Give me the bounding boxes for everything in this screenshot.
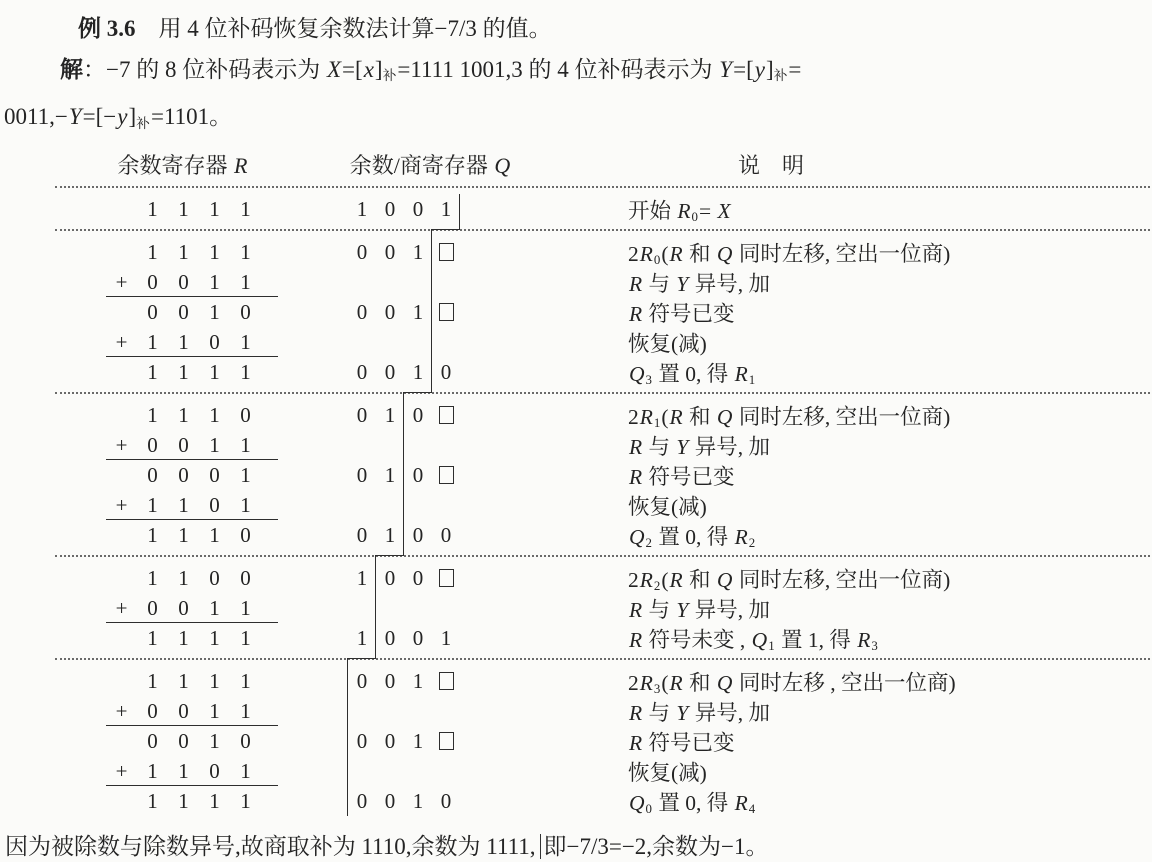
q-bit: 1 <box>432 623 460 653</box>
r-bit: 0 <box>199 757 230 785</box>
r-bit: 1 <box>199 298 230 326</box>
q-register-cell <box>308 490 553 521</box>
row-description: 2R3(R 和 Q 同时左移 , 空出一位商) <box>553 666 1152 697</box>
header-description: 说 明 <box>553 149 1152 180</box>
row-description: 2R0(R 和 Q 同时左移, 空出一位商) <box>553 237 1152 268</box>
q-register-value: 1001 <box>348 194 460 224</box>
q-register-value <box>348 490 460 520</box>
q-register-value <box>348 327 460 357</box>
r-bit <box>106 401 137 429</box>
intro-paragraph: 例 3.6 用 4 位补码恢复余数法计算−7/3 的值。 解：−7 的 8 位补… <box>0 0 1152 144</box>
quotient-slot-box <box>439 569 454 587</box>
q-bit: 0 <box>432 520 460 550</box>
staircase-line <box>375 623 376 653</box>
r-bit: 0 <box>137 594 168 622</box>
r-bit: 1 <box>230 195 261 223</box>
staircase-line <box>403 490 404 520</box>
staircase-line <box>431 327 432 357</box>
table-row: +0011R 与 Y 异号, 加 <box>58 593 1152 623</box>
r-bit: 0 <box>199 564 230 592</box>
staircase-line <box>403 460 404 490</box>
r-bit: 1 <box>199 401 230 429</box>
r-register-cell: +1101 <box>58 327 308 358</box>
table-row: 11100100Q2 置 0, 得 R2 <box>58 520 1152 550</box>
q-register-cell <box>308 593 553 624</box>
r-bit: 1 <box>168 238 199 266</box>
r-bit: 0 <box>230 727 261 755</box>
header-remainder-quotient-register-q: 余数/商寄存器 Q <box>308 149 553 180</box>
r-register-value: 1100 <box>106 564 278 592</box>
addend-with-sum-line: +0011 <box>106 268 278 297</box>
table-row: 0010001R 符号已变 <box>58 726 1152 756</box>
r-register-value: 0001 <box>106 461 278 489</box>
r-bit: 0 <box>230 298 261 326</box>
r-bit: 1 <box>199 787 230 815</box>
row-description: R 符号已变 <box>553 726 1152 757</box>
q-register-cell: 001 <box>308 297 553 328</box>
table-body: 11111001开始 R0= X11110012R0(R 和 Q 同时左移, 空… <box>58 181 1152 816</box>
q-bit: 0 <box>376 623 404 653</box>
q-bit: 0 <box>376 237 404 267</box>
r-bit: 1 <box>137 521 168 549</box>
r-bit <box>106 195 137 223</box>
table-row: 11110010Q3 置 0, 得 R1 <box>58 357 1152 387</box>
r-bit: 1 <box>230 328 261 356</box>
r-bit: + <box>106 491 137 519</box>
q-register-cell <box>308 267 553 298</box>
r-bit: 1 <box>137 667 168 695</box>
r-bit: 1 <box>168 358 199 386</box>
r-register-cell: 1110 <box>58 400 308 431</box>
r-bit: 1 <box>230 358 261 386</box>
r-bit: 0 <box>168 431 199 459</box>
r-bit: 1 <box>199 521 230 549</box>
divider-tick <box>540 834 541 859</box>
r-bit <box>106 727 137 755</box>
dotted-line <box>55 658 1150 660</box>
r-register-cell: +0011 <box>58 430 308 461</box>
r-bit: 0 <box>230 401 261 429</box>
r-bit: 0 <box>137 431 168 459</box>
r-register-value: 1111 <box>106 667 278 695</box>
r-bit: 1 <box>137 328 168 356</box>
r-bit: 1 <box>230 624 261 652</box>
staircase-line <box>347 666 348 696</box>
quotient-slot-box <box>439 732 454 750</box>
r-bit: 0 <box>168 697 199 725</box>
r-bit: 1 <box>230 787 261 815</box>
r-bit: 1 <box>137 238 168 266</box>
staircase-line <box>347 786 348 816</box>
q-register-value: 0100 <box>348 520 460 550</box>
r-bit: 1 <box>230 697 261 725</box>
addend-with-sum-line: +1101 <box>106 328 278 357</box>
r-register-cell: 1111 <box>58 786 308 817</box>
r-bit: 1 <box>199 238 230 266</box>
q-register-cell <box>308 430 553 461</box>
row-description: Q2 置 0, 得 R2 <box>553 520 1152 551</box>
table-row: 11110012R3(R 和 Q 同时左移 , 空出一位商) <box>58 666 1152 696</box>
q-register-value: 1001 <box>348 623 460 653</box>
staircase-line <box>431 357 432 387</box>
q-bit <box>432 297 460 327</box>
q-register-cell: 0010 <box>308 357 553 388</box>
q-bit: 0 <box>404 563 432 593</box>
jog-upper-stub <box>375 653 376 659</box>
r-bit: + <box>106 757 137 785</box>
r-register-cell: +0011 <box>58 593 308 624</box>
q-bit: 1 <box>432 194 460 224</box>
dotted-line <box>55 186 1150 188</box>
r-bit: 1 <box>137 564 168 592</box>
q-bit: 1 <box>348 623 376 653</box>
q-register-value <box>348 593 460 623</box>
q-bit: 1 <box>404 297 432 327</box>
r-bit: + <box>106 328 137 356</box>
r-register-value: 1111 <box>106 358 278 386</box>
addend-with-sum-line: +0011 <box>106 431 278 460</box>
r-bit: 1 <box>199 624 230 652</box>
r-register-cell: 0010 <box>58 297 308 328</box>
r-bit: 1 <box>199 727 230 755</box>
staircase-line <box>403 520 404 550</box>
q-bit: 1 <box>376 520 404 550</box>
r-bit: 1 <box>168 564 199 592</box>
q-bit: 0 <box>348 786 376 816</box>
q-register-value: 100 <box>348 563 460 593</box>
footer-conclusion: 因为被除数与除数异号,故商取补为 1110,余数为 1111,即−7/3=−2,… <box>0 828 1152 861</box>
q-register-cell: 001 <box>308 726 553 757</box>
q-register-cell <box>308 696 553 727</box>
q-bit: 0 <box>348 297 376 327</box>
q-bit: 1 <box>404 237 432 267</box>
r-bit: 1 <box>137 195 168 223</box>
r-bit <box>106 238 137 266</box>
row-description: R 符号已变 <box>553 460 1152 491</box>
r-bit: 0 <box>230 521 261 549</box>
q-bit: 0 <box>404 623 432 653</box>
q-register-cell <box>308 756 553 787</box>
staircase-line <box>431 297 432 327</box>
q-register-cell: 010 <box>308 460 553 491</box>
dotted-separator <box>58 387 1152 400</box>
r-bit: 1 <box>168 624 199 652</box>
r-register-cell: 1111 <box>58 666 308 697</box>
q-bit: 0 <box>432 357 460 387</box>
addend-with-sum-line: +0011 <box>106 594 278 623</box>
staircase-line <box>375 593 376 623</box>
r-bit: 1 <box>230 491 261 519</box>
r-bit: 0 <box>230 564 261 592</box>
q-bit: 1 <box>348 563 376 593</box>
jog-upper-stub <box>431 387 432 393</box>
r-bit: 0 <box>137 298 168 326</box>
table-row: 0010001R 符号已变 <box>58 297 1152 327</box>
r-bit: + <box>106 594 137 622</box>
table-row: +0011R 与 Y 异号, 加 <box>58 267 1152 297</box>
q-bit: 1 <box>376 400 404 430</box>
q-bit: 1 <box>348 194 376 224</box>
table-row: 11001002R2(R 和 Q 同时左移, 空出一位商) <box>58 563 1152 593</box>
r-register-value: 1111 <box>106 624 278 652</box>
table-row: 11110010Q0 置 0, 得 R4 <box>58 786 1152 816</box>
quotient-slot-box <box>439 243 454 261</box>
q-bit: 0 <box>348 400 376 430</box>
r-bit <box>106 787 137 815</box>
r-bit: 1 <box>168 667 199 695</box>
q-bit: 0 <box>376 297 404 327</box>
r-register-cell: +1101 <box>58 756 308 787</box>
row-description: 恢复(减) <box>553 327 1152 358</box>
r-bit: 0 <box>137 727 168 755</box>
quotient-slot-box <box>439 466 454 484</box>
r-bit: 0 <box>168 268 199 296</box>
jog-lower-stub <box>431 229 432 237</box>
r-bit: 0 <box>168 594 199 622</box>
r-bit: 1 <box>199 594 230 622</box>
q-bit: 0 <box>432 786 460 816</box>
dotted-line <box>55 392 1150 394</box>
table-row: 11111001开始 R0= X <box>58 194 1152 224</box>
q-register-cell: 1001 <box>308 194 553 225</box>
r-bit: 1 <box>199 195 230 223</box>
row-description: 开始 R0= X <box>553 194 1152 225</box>
q-bit: 0 <box>348 520 376 550</box>
staircase-jog <box>348 387 460 400</box>
row-description: Q0 置 0, 得 R4 <box>553 786 1152 817</box>
q-bit <box>432 726 460 756</box>
quotient-slot-box <box>439 672 454 690</box>
q-register-cell: 001 <box>308 666 553 697</box>
q-bit: 1 <box>404 357 432 387</box>
jog-upper-stub <box>403 550 404 556</box>
table-row: +1101恢复(减) <box>58 756 1152 786</box>
r-bit <box>106 358 137 386</box>
dotted-separator <box>58 224 1152 237</box>
q-bit <box>432 460 460 490</box>
q-bit: 0 <box>348 460 376 490</box>
quotient-slot-box <box>439 406 454 424</box>
q-bit: 0 <box>404 520 432 550</box>
r-bit: 1 <box>168 521 199 549</box>
q-bit: 0 <box>376 786 404 816</box>
q-register-value: 001 <box>348 297 460 327</box>
r-register-value: 1110 <box>106 401 278 429</box>
q-register-cell <box>308 327 553 358</box>
table-row: 11110012R0(R 和 Q 同时左移, 空出一位商) <box>58 237 1152 267</box>
row-description: R 与 Y 异号, 加 <box>553 593 1152 624</box>
r-bit: 1 <box>168 401 199 429</box>
row-description: 2R1(R 和 Q 同时左移, 空出一位商) <box>553 400 1152 431</box>
table-row: +1101恢复(减) <box>58 490 1152 520</box>
r-register-cell: 0001 <box>58 460 308 491</box>
solution-line-1: 解：−7 的 8 位补码表示为 X=[x]补=1111 1001,3 的 4 位… <box>0 49 1152 96</box>
r-bit <box>106 521 137 549</box>
textbook-page: 例 3.6 用 4 位补码恢复余数法计算−7/3 的值。 解：−7 的 8 位补… <box>0 0 1152 862</box>
q-bit: 0 <box>376 194 404 224</box>
q-register-value: 0010 <box>348 357 460 387</box>
r-bit: 1 <box>199 667 230 695</box>
r-bit <box>106 298 137 326</box>
q-bit: 0 <box>376 666 404 696</box>
dotted-separator <box>58 550 1152 563</box>
r-bit: 0 <box>137 268 168 296</box>
r-register-cell: 1111 <box>58 194 308 225</box>
table-header: 余数寄存器 R 余数/商寄存器 Q 说 明 <box>58 149 1152 181</box>
q-register-cell: 100 <box>308 563 553 594</box>
addend-with-sum-line: +1101 <box>106 491 278 520</box>
r-register-cell: 1110 <box>58 520 308 551</box>
r-register-cell: 0010 <box>58 726 308 757</box>
r-bit: 1 <box>230 268 261 296</box>
jog-horizontal <box>431 229 459 230</box>
r-bit: 1 <box>168 328 199 356</box>
quotient-slot-box <box>439 303 454 321</box>
r-register-value: 1111 <box>106 238 278 266</box>
q-bit <box>432 237 460 267</box>
r-bit: 1 <box>137 624 168 652</box>
q-bit: 0 <box>376 357 404 387</box>
jog-horizontal <box>375 555 403 556</box>
r-bit <box>106 564 137 592</box>
q-register-cell: 0010 <box>308 786 553 817</box>
r-bit: 1 <box>137 757 168 785</box>
q-register-value <box>348 756 460 786</box>
staircase-line <box>459 194 460 224</box>
staircase-line <box>403 400 404 430</box>
r-bit: 1 <box>230 461 261 489</box>
q-bit <box>432 563 460 593</box>
q-bit: 0 <box>404 460 432 490</box>
staircase-jog <box>348 224 460 237</box>
q-bit: 0 <box>376 563 404 593</box>
division-table: 余数寄存器 R 余数/商寄存器 Q 说 明 11111001开始 R0= X11… <box>58 149 1152 816</box>
staircase-line <box>347 696 348 726</box>
header-remainder-register-r: 余数寄存器 R <box>58 149 308 180</box>
r-bit: 0 <box>168 298 199 326</box>
r-bit: + <box>106 268 137 296</box>
r-register-cell: +1101 <box>58 490 308 521</box>
jog-lower-stub <box>403 392 404 400</box>
q-register-value <box>348 267 460 297</box>
q-register-cell: 1001 <box>308 623 553 654</box>
solution-line-2: 0011,−Y=[−y]补=1101。 <box>0 96 1152 143</box>
q-register-value: 010 <box>348 460 460 490</box>
row-description: 恢复(减) <box>553 756 1152 787</box>
staircase-jog <box>348 653 460 666</box>
staircase-line <box>347 756 348 786</box>
jog-horizontal <box>403 392 431 393</box>
jog-upper-stub <box>459 224 460 230</box>
addend-with-sum-line: +1101 <box>106 757 278 786</box>
q-register-value: 010 <box>348 400 460 430</box>
r-bit: 1 <box>199 431 230 459</box>
r-bit: 0 <box>137 461 168 489</box>
q-bit: 0 <box>348 726 376 756</box>
r-register-value: 1111 <box>106 787 278 815</box>
staircase-line <box>431 267 432 297</box>
row-description: 2R2(R 和 Q 同时左移, 空出一位商) <box>553 563 1152 594</box>
r-register-value: 0010 <box>106 727 278 755</box>
staircase-jog <box>348 550 460 563</box>
r-bit: 1 <box>199 697 230 725</box>
r-bit: 1 <box>168 787 199 815</box>
q-register-cell: 0100 <box>308 520 553 551</box>
example-title-line: 例 3.6 用 4 位补码恢复余数法计算−7/3 的值。 <box>0 8 1152 49</box>
row-description: 恢复(减) <box>553 490 1152 521</box>
jog-lower-stub <box>347 658 348 666</box>
addend-with-sum-line: +0011 <box>106 697 278 726</box>
q-bit: 0 <box>404 194 432 224</box>
r-bit <box>106 624 137 652</box>
dotted-line <box>55 555 1150 557</box>
r-bit <box>106 461 137 489</box>
table-row: +1101恢复(减) <box>58 327 1152 357</box>
staircase-line <box>347 726 348 756</box>
r-bit: 1 <box>137 358 168 386</box>
q-bit: 0 <box>348 237 376 267</box>
q-register-value: 001 <box>348 726 460 756</box>
q-register-cell: 010 <box>308 400 553 431</box>
r-bit: 1 <box>230 667 261 695</box>
q-register-cell: 001 <box>308 237 553 268</box>
r-bit: 1 <box>137 491 168 519</box>
r-register-value: 1111 <box>106 195 278 223</box>
q-bit: 1 <box>404 666 432 696</box>
q-bit: 0 <box>376 726 404 756</box>
dotted-separator <box>58 653 1152 666</box>
q-bit <box>432 666 460 696</box>
r-register-cell: 1111 <box>58 623 308 654</box>
r-register-cell: 1111 <box>58 237 308 268</box>
r-bit: 1 <box>230 431 261 459</box>
row-description: Q3 置 0, 得 R1 <box>553 357 1152 388</box>
r-bit: 1 <box>137 787 168 815</box>
row-description: R 与 Y 异号, 加 <box>553 430 1152 461</box>
jog-horizontal <box>347 658 375 659</box>
staircase-line <box>403 430 404 460</box>
r-bit: 0 <box>168 461 199 489</box>
q-bit: 1 <box>404 726 432 756</box>
r-bit: 1 <box>168 491 199 519</box>
r-bit: 1 <box>230 757 261 785</box>
q-bit <box>432 400 460 430</box>
r-bit: 0 <box>199 491 230 519</box>
r-register-cell: +0011 <box>58 696 308 727</box>
r-register-value: 0010 <box>106 298 278 326</box>
q-register-value: 0010 <box>348 786 460 816</box>
r-bit: 0 <box>168 727 199 755</box>
q-bit: 0 <box>348 666 376 696</box>
dotted-separator <box>58 181 1152 194</box>
row-description: R 符号未变 , Q1 置 1, 得 R3 <box>553 623 1152 654</box>
r-bit: 1 <box>168 195 199 223</box>
q-bit: 0 <box>348 357 376 387</box>
r-register-cell: 1111 <box>58 357 308 388</box>
r-bit: 0 <box>137 697 168 725</box>
r-register-cell: 1100 <box>58 563 308 594</box>
table-row: +0011R 与 Y 异号, 加 <box>58 430 1152 460</box>
r-bit: 1 <box>199 358 230 386</box>
r-bit: 1 <box>230 594 261 622</box>
r-bit: 1 <box>199 268 230 296</box>
q-register-value <box>348 696 460 726</box>
q-register-value: 001 <box>348 237 460 267</box>
q-bit: 1 <box>404 786 432 816</box>
r-bit: 0 <box>199 461 230 489</box>
r-bit: + <box>106 697 137 725</box>
r-register-cell: +0011 <box>58 267 308 298</box>
